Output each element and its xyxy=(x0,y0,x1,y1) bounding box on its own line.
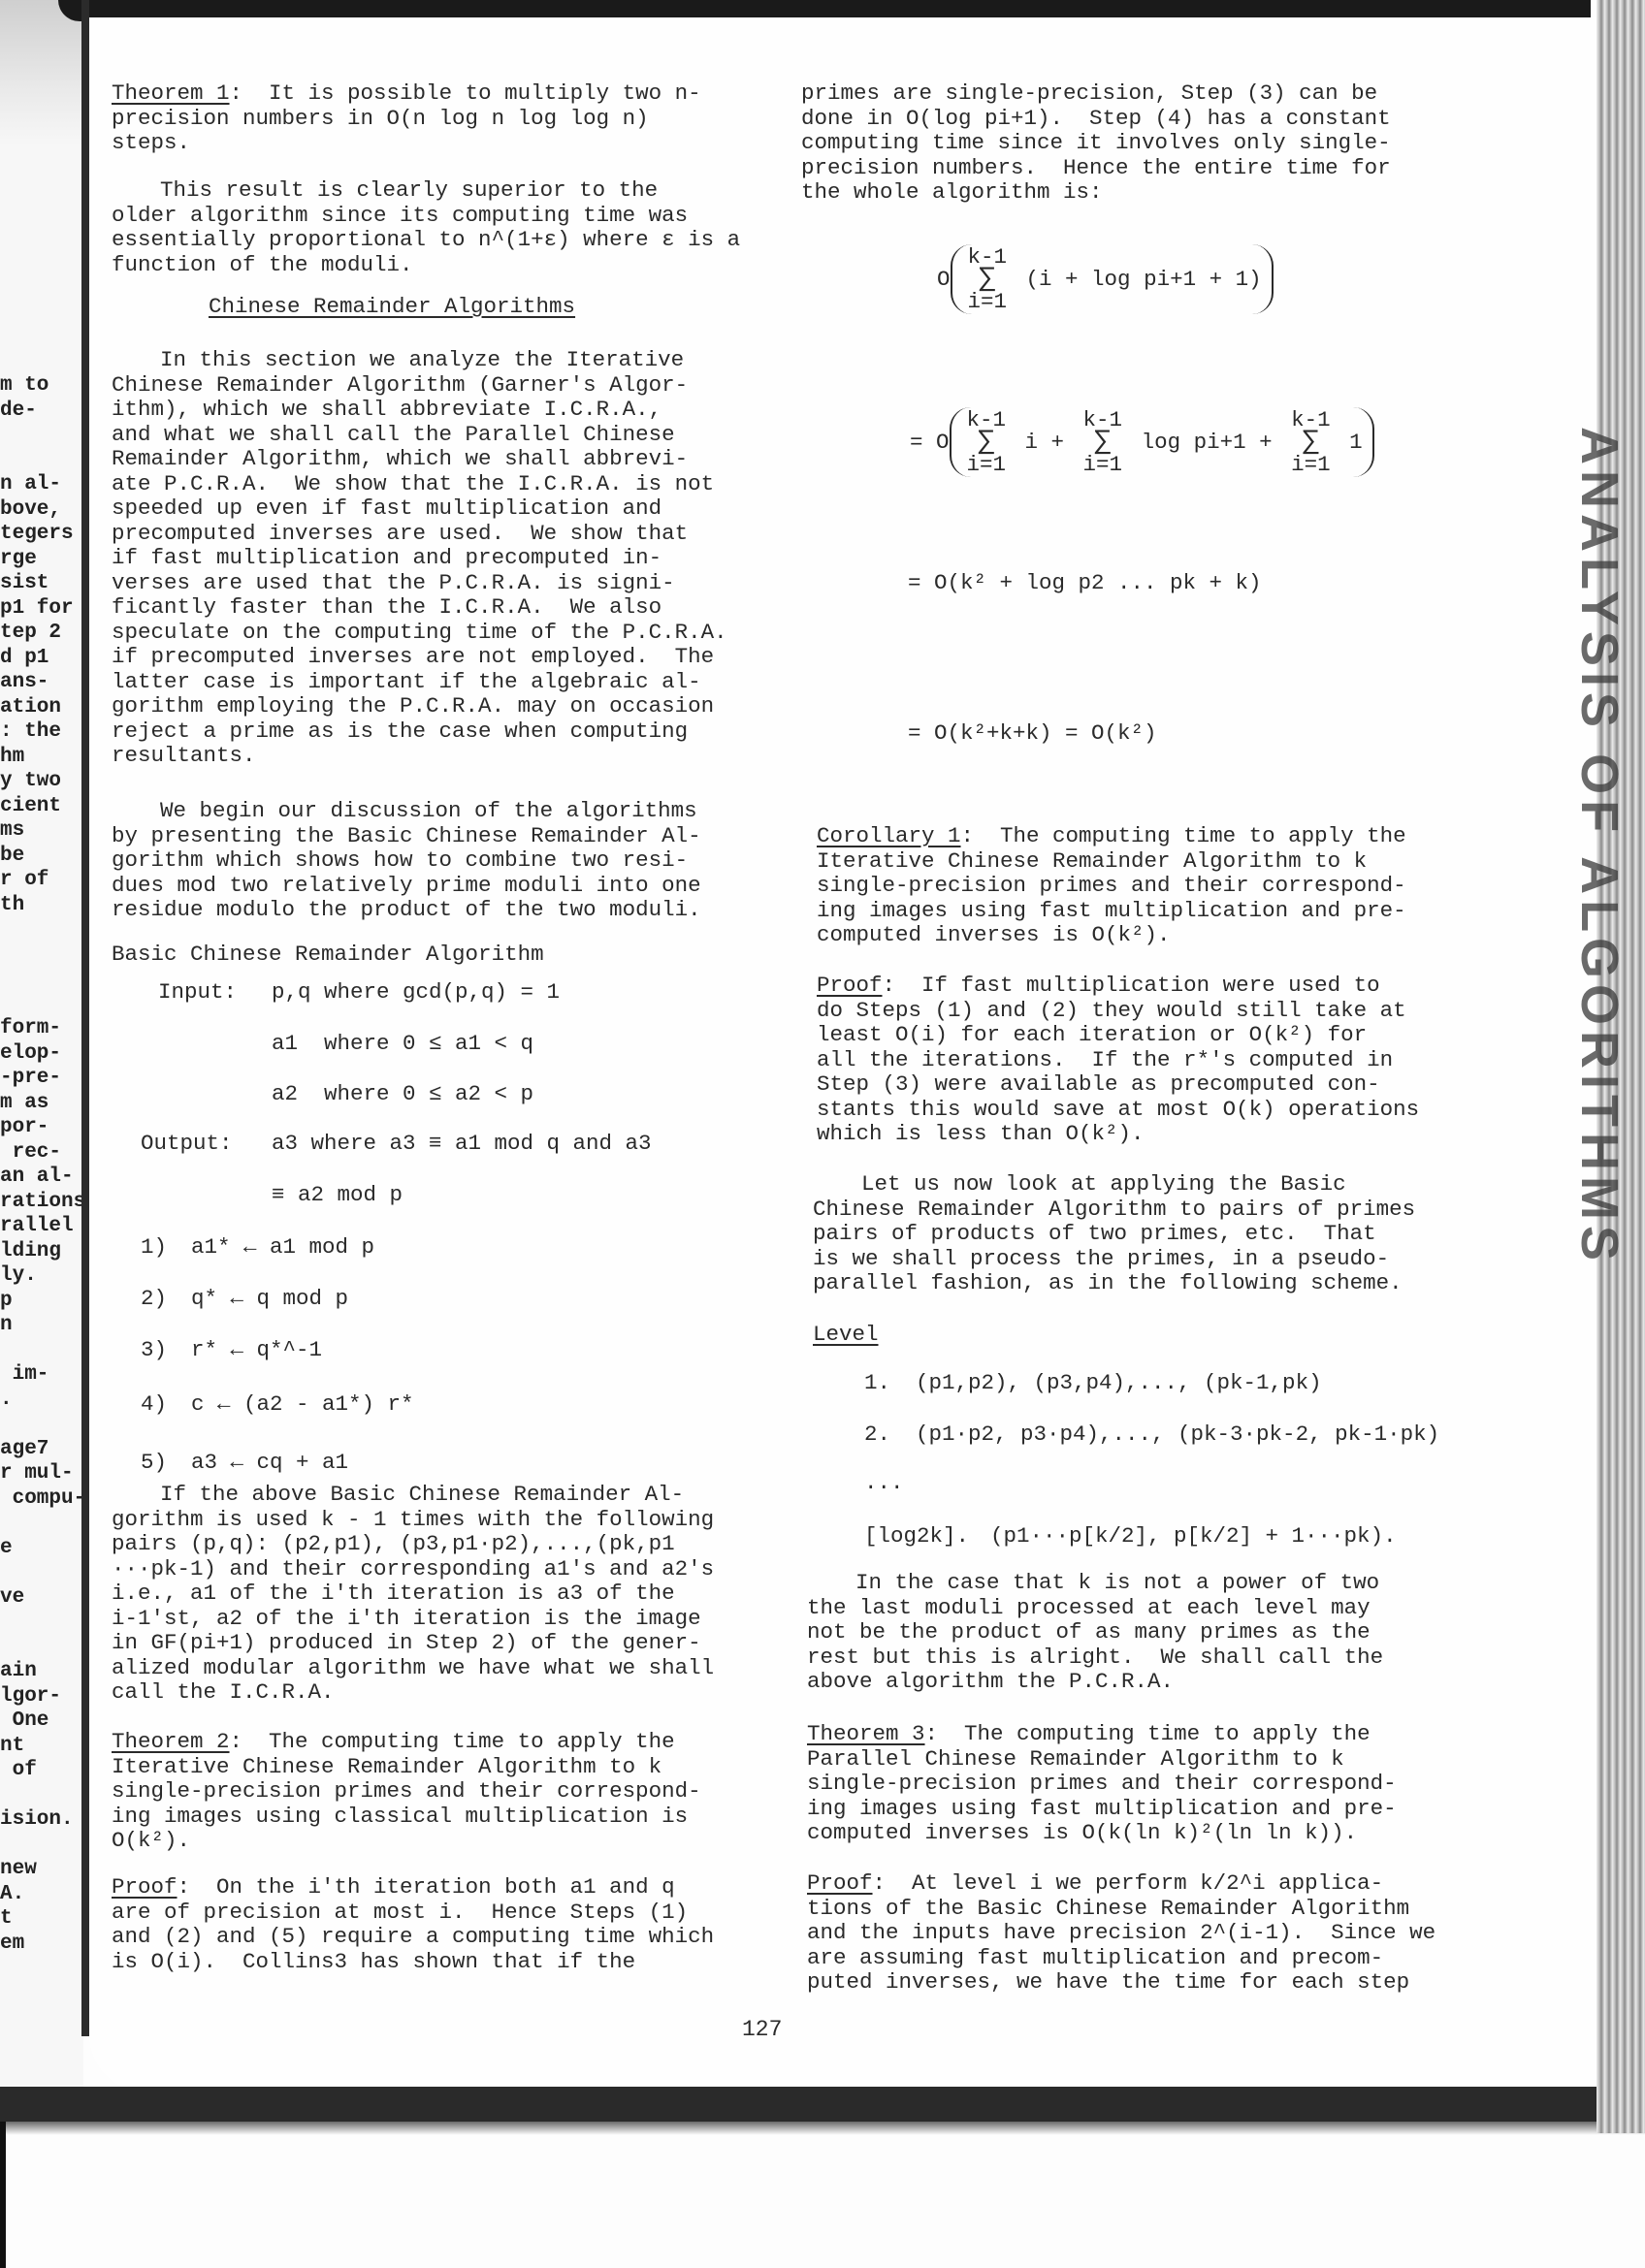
level-number: [log2k]. xyxy=(864,1524,969,1549)
eq-prefix: O xyxy=(937,267,951,292)
equation-1: O k-1∑i=1 (i + log pi+1 + 1) xyxy=(937,244,1274,314)
sum-lower: i=1 xyxy=(968,291,1008,312)
scan-shadow xyxy=(0,0,83,145)
proof-label: Proof xyxy=(817,973,883,998)
proof-text: : At level i we perform k/2^i applica- t… xyxy=(807,1870,1435,1995)
paragraph: We begin our discussion of the algorithm… xyxy=(112,799,701,923)
step-text: q* ← q mod p xyxy=(191,1287,348,1312)
step-number: 2) xyxy=(141,1287,167,1312)
proof-1: Proof: On the i'th iteration both a1 and… xyxy=(112,1875,714,1974)
eq-prefix: = O xyxy=(910,430,950,455)
step-text: c ← (a2 - a1*) r* xyxy=(191,1392,414,1418)
paragraph-text: In the case that k is not a power of two… xyxy=(807,1570,1383,1694)
paragraph: Let us now look at applying the Basic Ch… xyxy=(813,1172,1415,1296)
theorem-2: Theorem 2: The computing time to apply t… xyxy=(112,1730,701,1854)
level-number: 1. xyxy=(864,1371,890,1396)
bottom-scan-shadow xyxy=(0,2087,1645,2122)
summation: k-1∑i=1 xyxy=(1083,409,1123,475)
equation-3: = O(k² + log p2 ... pk + k) xyxy=(908,571,1262,596)
step-text: a3 ← cq + a1 xyxy=(191,1451,348,1476)
paragraph: In the case that k is not a power of two… xyxy=(807,1571,1383,1695)
equation-2: = Ok-1∑i=1 i + k-1∑i=1 log pi+1 + k-1∑i=… xyxy=(910,407,1374,477)
proof-text: : If fast multiplication were used to do… xyxy=(817,973,1419,1146)
level-pairs: (p1·p2, p3·p4),..., (pk-3·pk-2, pk-1·pk) xyxy=(916,1422,1439,1448)
theorem-3-label: Theorem 3 xyxy=(807,1721,925,1746)
proof-label: Proof xyxy=(807,1870,873,1896)
level-number: ... xyxy=(864,1471,904,1496)
corollary-label: Corollary 1 xyxy=(817,823,961,848)
input-line: p,q where gcd(p,q) = 1 xyxy=(272,980,560,1006)
page-number: 127 xyxy=(742,2017,782,2042)
input-line: a1 where 0 ≤ a1 < q xyxy=(272,1032,533,1057)
level-pairs: (p1···p[k/2], p[k/2] + 1···pk). xyxy=(990,1524,1397,1549)
paragraph: In this section we analyze the Iterative… xyxy=(112,348,727,769)
eq-term: 1 xyxy=(1337,430,1363,455)
level-heading: Level xyxy=(813,1323,879,1348)
right-column: primes are single-precision, Step (3) ca… xyxy=(801,81,1514,700)
paragraph-text: We begin our discussion of the algorithm… xyxy=(112,798,701,922)
input-line: a2 where 0 ≤ a2 < p xyxy=(272,1082,533,1107)
step-number: 3) xyxy=(141,1338,167,1363)
book-gutter xyxy=(81,0,89,2036)
step-text: a1* ← a1 mod p xyxy=(191,1235,374,1261)
step-number: 4) xyxy=(141,1392,167,1418)
step-number: 1) xyxy=(141,1235,167,1261)
summation: k-1∑i=1 xyxy=(1291,409,1331,475)
eq-term: log pi+1 + xyxy=(1128,430,1285,455)
theorem-3: Theorem 3: The computing time to apply t… xyxy=(807,1722,1397,1846)
paragraph: This result is clearly superior to the o… xyxy=(112,178,740,277)
step-number: 5) xyxy=(141,1451,167,1476)
eq-body: (i + log pi+1 + 1) xyxy=(1026,267,1262,292)
left-column: Theorem 1: It is possible to multiply tw… xyxy=(112,81,790,823)
theorem-1-label: Theorem 1 xyxy=(112,80,230,106)
paragraph-text: Let us now look at applying the Basic Ch… xyxy=(813,1171,1415,1295)
paragraph-text: This result is clearly superior to the o… xyxy=(112,177,740,277)
theorem-2-label: Theorem 2 xyxy=(112,1729,230,1754)
paragraph: If the above Basic Chinese Remainder Al-… xyxy=(112,1483,714,1706)
step-text: r* ← q*^-1 xyxy=(191,1338,322,1363)
output-line: ≡ a2 mod p xyxy=(272,1183,403,1208)
level-pairs: (p1,p2), (p3,p4),..., (pk-1,pk) xyxy=(916,1371,1322,1396)
theorem-1: Theorem 1: It is possible to multiply tw… xyxy=(112,81,701,156)
proof-3: Proof: At level i we perform k/2^i appli… xyxy=(807,1871,1435,1996)
output-label: Output: xyxy=(141,1132,233,1157)
paragraph-text: In this section we analyze the Iterative… xyxy=(112,347,727,768)
paragraph-text: If the above Basic Chinese Remainder Al-… xyxy=(112,1482,714,1705)
adjacent-page-text: m to de- n al- bove, tegers rge sist p1 … xyxy=(0,373,83,1956)
proof-label: Proof xyxy=(112,1874,177,1900)
section-heading: Chinese Remainder Algorithms xyxy=(209,295,575,320)
adjacent-page-bleed: m to de- n al- bove, tegers rge sist p1 … xyxy=(0,0,83,2119)
summation: k-1∑i=1 xyxy=(967,409,1007,475)
paragraph: primes are single-precision, Step (3) ca… xyxy=(801,81,1391,206)
eq-term: i + xyxy=(1012,430,1078,455)
proof-2: Proof: If fast multiplication were used … xyxy=(817,974,1419,1147)
proof-text: : On the i'th iteration both a1 and q ar… xyxy=(112,1874,714,1974)
input-label: Input: xyxy=(158,980,237,1006)
algorithm-title: Basic Chinese Remainder Algorithm xyxy=(112,942,544,968)
summation: k-1∑i=1 xyxy=(968,246,1008,312)
scan-edge xyxy=(0,2122,6,2268)
corollary-1: Corollary 1: The computing time to apply… xyxy=(817,824,1406,948)
level-number: 2. xyxy=(864,1422,890,1448)
equation-4: = O(k²+k+k) = O(k²) xyxy=(908,721,1157,747)
output-line: a3 where a3 ≡ a1 mod q and a3 xyxy=(272,1132,652,1157)
book-spine-text: ANALYSIS OF ALGORITHMS xyxy=(1571,427,1629,1222)
